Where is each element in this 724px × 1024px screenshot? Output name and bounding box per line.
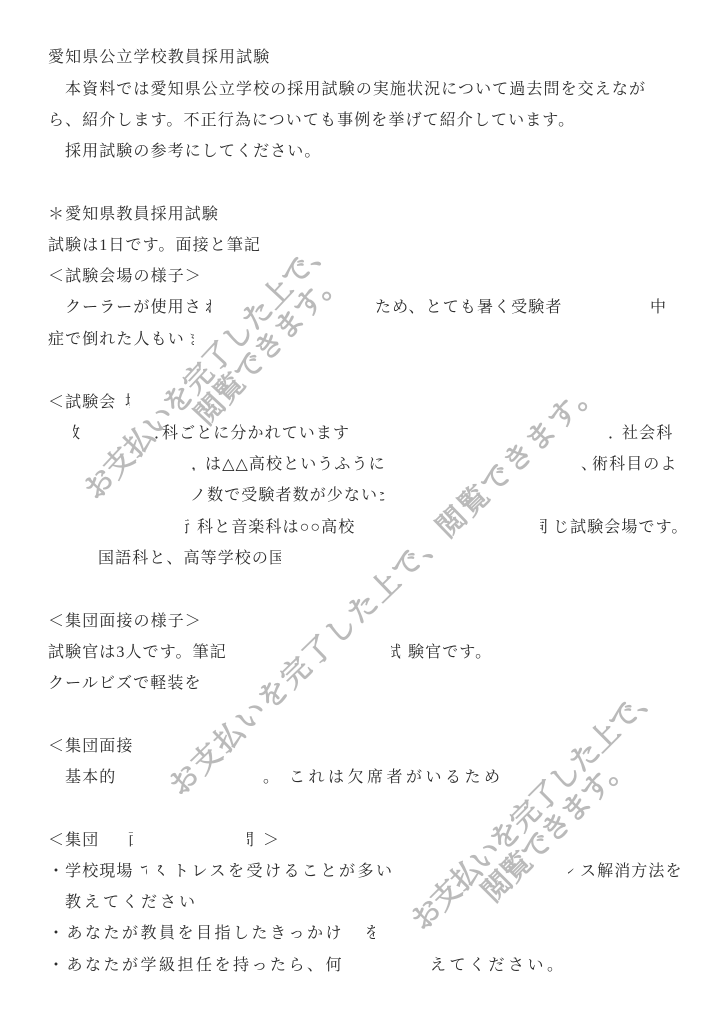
page-background: 愛知県公立学校教員採用試験本資料では愛知県公立学校の採用試験の実施状況について過… (0, 0, 724, 1024)
doc-line: 採用試験の参考にしてください。 (0, 138, 724, 166)
text-fragment: クールビズで軽装を (48, 670, 202, 693)
doc-line: クールビズで軽装を (0, 670, 724, 698)
text-fragment: ＜試験会場の様子＞ (48, 263, 202, 286)
doc-line: ノ数で受験者数が少ないた (0, 482, 724, 510)
text-fragment: 中 (650, 294, 667, 317)
doc-line: ＜集団面問＞ (0, 827, 724, 855)
partial-char: れ (205, 294, 211, 314)
doc-line: クーラーが使用されため、とても暑く受験者中 (0, 294, 724, 322)
text-fragment: ス (158, 858, 167, 878)
text-fragment: じ試験会場です。 (553, 514, 689, 537)
text-fragment: ・あなたが学級担任を持ったら、何 (48, 952, 344, 975)
text-fragment: 採用試験の参考にしてください。 (65, 138, 322, 161)
partial-char: 国 (269, 545, 281, 565)
text-fragment: ス解消方法を (580, 858, 683, 881)
text-fragment: 基本的 (65, 764, 116, 787)
text-fragment: 術科目のよ (592, 451, 678, 474)
doc-line: ・学校現場でストレスを受けることが多いレス解消方法を (0, 858, 724, 886)
doc-line: ら、紹介します。不正行為についても事例を挙げて紹介しています。 (0, 107, 724, 135)
partial-char: 試 (391, 639, 402, 659)
text-fragment: 場 (125, 389, 130, 409)
text-fragment: た (380, 482, 387, 502)
partial-char: 術 (185, 514, 191, 534)
partial-char: 教 (73, 420, 81, 440)
doc-line: 基本的。これは欠席者がいるため (0, 764, 724, 792)
text-fragment: で (140, 858, 147, 878)
text-fragment: ＜集団 (48, 827, 99, 850)
partial-char: を (365, 920, 375, 940)
text-fragment: 症で倒れた人もい (48, 326, 185, 349)
text-fragment: レ (568, 858, 576, 878)
text-fragment: ・あなたが教員を目指したきっかけ (48, 920, 344, 943)
doc-line: ，は△△高校というふうに、術科目のよ (0, 451, 724, 479)
text-fragment: は△△高校というふうに (205, 451, 386, 474)
text-fragment: えてください。 (430, 952, 567, 975)
partial-char: 面 (128, 827, 133, 847)
doc-line: ＜試験会場の様子＞ (0, 263, 724, 291)
partial-char: （ (143, 733, 150, 753)
text-fragment: ため、とても暑く受験者 (375, 294, 562, 317)
text-fragment: 問 (247, 827, 255, 847)
doc-line: 国語科と、高等学校の国 (0, 545, 724, 573)
text-fragment: 教えてください (65, 889, 198, 912)
doc-line: 試験官は3人です。筆記試験官です。 (0, 639, 724, 667)
partial-char: 場 (125, 389, 130, 409)
partial-char: た (380, 482, 387, 502)
doc-line: 試験は1日です。面接と筆記 (0, 232, 724, 260)
partial-char: ま (188, 326, 194, 346)
text-fragment: れ (205, 294, 211, 314)
text-fragment: 教 (73, 420, 81, 440)
doc-line: ＊愛知県教員採用試験 (0, 201, 724, 229)
text-fragment: トレスを受けることが多い (173, 858, 395, 881)
text-fragment: ら、紹介します。不正行為についても事例を挙げて紹介しています。 (48, 107, 575, 130)
doc-line: ・あなたが学級担任を持ったら、何えてください。 (0, 952, 724, 980)
partial-char: レ (568, 858, 576, 878)
partial-char: ， (191, 451, 199, 471)
document-text-layer: 愛知県公立学校教員採用試験本資料では愛知県公立学校の採用試験の実施状況について過… (0, 0, 724, 1024)
doc-line: 症で倒れた人もいま (0, 326, 724, 354)
text-fragment: 国語科と、高等学校の (98, 545, 269, 568)
doc-line: 術科と音楽科は○○高校同じ試験会場です。 (0, 514, 724, 542)
text-fragment: 試験は1日です。面接と筆記 (48, 232, 261, 255)
text-fragment: ， (191, 451, 199, 471)
text-fragment: クーラーが使用さ (65, 294, 202, 317)
doc-line: 教．科ごとに分かれています．社会科 (0, 420, 724, 448)
text-fragment: 面 (128, 827, 133, 847)
doc-line: 本資料では愛知県公立学校の採用試験の実施状況について過去問を交えなが (0, 76, 724, 104)
document-page: { "page": { "background": "#ffffff", "te… (0, 0, 724, 1024)
text-fragment: 社会科 (622, 420, 673, 443)
partial-char: 同 (540, 514, 549, 534)
text-fragment: （ (143, 733, 150, 753)
text-fragment: 科ごとに分かれています (162, 420, 350, 443)
text-fragment: 科と音楽科は○○高校 (197, 514, 355, 537)
doc-line: 愛知県公立学校教員採用試験 (0, 44, 724, 72)
text-fragment: ＜集団面接の様子＞ (48, 608, 202, 631)
text-fragment: 試験官は3人です。筆記 (48, 639, 227, 662)
text-fragment: 国 (269, 545, 281, 565)
text-fragment: ま (188, 326, 194, 346)
text-fragment: 。 (263, 764, 280, 787)
text-fragment: ノ数で受験者数が少ない (190, 482, 378, 505)
text-fragment: これは欠席者がいるため (289, 764, 504, 787)
text-fragment: ・学校現場 (48, 858, 134, 881)
text-fragment: ＜試験会 (48, 389, 116, 412)
text-fragment: 術 (185, 514, 191, 534)
text-fragment: 愛知県公立学校教員採用試験 (48, 44, 270, 67)
text-fragment: を (365, 920, 375, 940)
doc-line: ＜集団面接（ (0, 733, 724, 761)
text-fragment: 試 (391, 639, 402, 659)
doc-line: ＜試験会場 (0, 389, 724, 417)
doc-line: ・あなたが教員を目指したきっかけを (0, 920, 724, 948)
text-fragment: ＜集団面接 (48, 733, 134, 756)
partial-char: ス (158, 858, 167, 878)
text-fragment: ＞ (263, 827, 280, 850)
doc-line: ＜集団面接の様子＞ (0, 608, 724, 636)
text-fragment: 本資料では愛知県公立学校の採用試験の実施状況について過去問を交えなが (65, 76, 646, 99)
text-fragment: ＊愛知県教員採用試験 (48, 201, 219, 224)
text-fragment: 験官です。 (408, 639, 492, 662)
text-fragment: 同 (540, 514, 549, 534)
doc-line: 教えてください (0, 889, 724, 917)
partial-char: 問 (247, 827, 255, 847)
partial-char: で (140, 858, 147, 878)
